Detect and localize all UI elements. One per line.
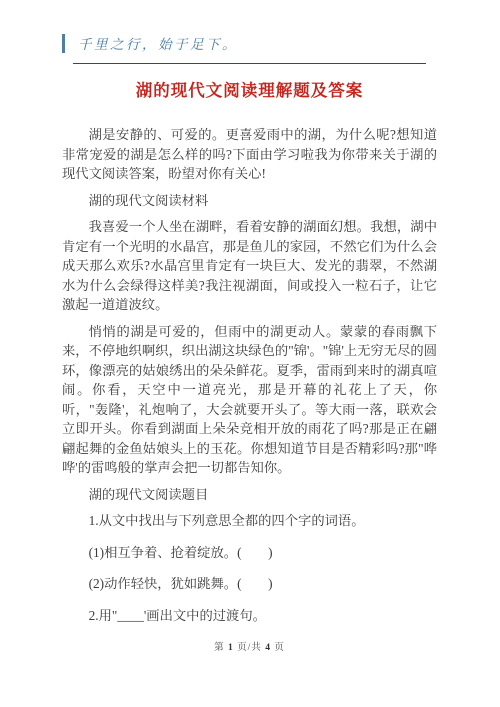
header-accent-bar	[62, 34, 65, 53]
section-heading-material: 湖的现代文阅读材料	[62, 191, 437, 211]
question-1-item-2: (2)动作轻快，犹如跳舞。( )	[62, 574, 437, 594]
document-title: 湖的现代文阅读理解题及答案	[62, 77, 437, 101]
question-1-item-1: (1)相互争着、抢着绽放。( )	[62, 543, 437, 563]
footer-suffix: 页	[271, 643, 285, 653]
page-footer: 第 1 页/共 4 页	[62, 639, 437, 653]
question-2: 2.用"____'画出文中的过渡句。	[62, 606, 437, 626]
footer-prefix: 第	[214, 643, 228, 653]
page-header: 千里之行，始于足下。	[62, 33, 437, 53]
question-1: 1.从文中找出与下列意思全都的四个字的词语。	[62, 511, 437, 531]
paragraph-lakeside: 我喜爱一个人坐在湖畔，看着安静的湖面幻想。我想，湖中肯定有一个光明的水晶宫，那是…	[62, 217, 437, 315]
paragraph-rain-lake: 悄悄的湖是可爱的，但雨中的湖更动人。蒙蒙的春雨飘下来，不停地织啊织，织出湖这块绿…	[62, 322, 437, 478]
document-page: 千里之行，始于足下。 湖的现代文阅读理解题及答案 湖是安静的、可爱的。更喜爱雨中…	[0, 0, 500, 707]
section-heading-questions: 湖的现代文阅读题目	[62, 485, 437, 505]
header-motto: 千里之行，始于足下。	[78, 33, 238, 53]
paragraph-intro: 湖是安静的、可爱的。更喜爱雨中的湖，为什么呢?想知道非常宠爱的湖是怎么样的吗?下…	[62, 125, 437, 184]
header-divider	[73, 63, 426, 64]
document-body: 湖是安静的、可爱的。更喜爱雨中的湖，为什么呢?想知道非常宠爱的湖是怎么样的吗?下…	[62, 125, 437, 625]
footer-separator: 页/共	[234, 643, 265, 653]
